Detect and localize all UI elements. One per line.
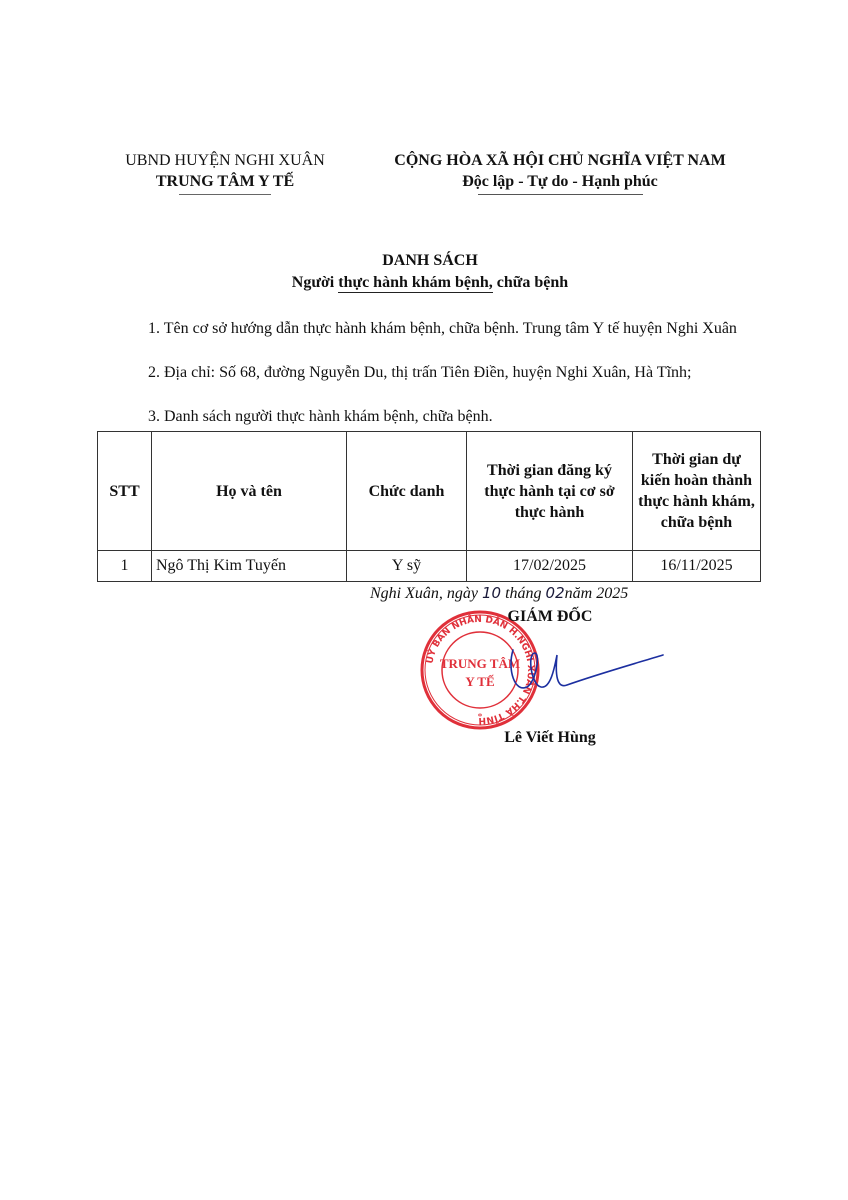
item-list-heading: 3. Danh sách người thực hành khám bệnh, … xyxy=(100,406,755,428)
col-role: Chức danh xyxy=(347,432,467,551)
date-month-handwritten: 02 xyxy=(546,584,565,602)
title-main: DANH SÁCH xyxy=(100,250,760,272)
title-sub-suffix: chữa bệnh xyxy=(493,274,568,291)
col-name: Họ và tên xyxy=(152,432,347,551)
issuer-unit: TRUNG TÂM Y TẾ xyxy=(100,171,350,192)
svg-text:Y TẾ: Y TẾ xyxy=(465,674,494,689)
motto-underline xyxy=(478,194,643,195)
handwritten-signature-icon xyxy=(505,645,665,700)
title-sub-prefix: Người xyxy=(292,274,338,291)
table-row: 1 Ngô Thị Kim Tuyến Y sỹ 17/02/2025 16/1… xyxy=(98,551,761,582)
practitioner-table: STT Họ và tên Chức danh Thời gian đăng k… xyxy=(97,431,761,582)
svg-text:*: * xyxy=(478,712,483,723)
date-month-label: tháng xyxy=(501,585,545,602)
nation-name: CỘNG HÒA XÃ HỘI CHỦ NGHĨA VIỆT NAM xyxy=(360,150,760,171)
cell-stt: 1 xyxy=(98,551,152,582)
item-facility-name: 1. Tên cơ sở hướng dẫn thực hành khám bệ… xyxy=(100,318,755,340)
national-motto: Độc lập - Tự do - Hạnh phúc xyxy=(360,171,760,192)
col-registered: Thời gian đăng ký thực hành tại cơ sở th… xyxy=(467,432,633,551)
national-header: CỘNG HÒA XÃ HỘI CHỦ NGHĨA VIỆT NAM Độc l… xyxy=(360,150,760,195)
cell-role: Y sỹ xyxy=(347,551,467,582)
cell-expected-completion: 16/11/2025 xyxy=(633,551,761,582)
document-title: DANH SÁCH Người thực hành khám bệnh, chữ… xyxy=(100,250,760,294)
title-sub: Người thực hành khám bệnh, chữa bệnh xyxy=(100,272,760,294)
signer-name: Lê Viết Hùng xyxy=(470,727,630,749)
date-day-handwritten: 10 xyxy=(482,584,501,602)
cell-registered: 17/02/2025 xyxy=(467,551,633,582)
date-line: Nghi Xuân, ngày 10 tháng 02năm 2025 xyxy=(370,582,700,605)
item-address: 2. Địa chỉ: Số 68, đường Nguyễn Du, thị … xyxy=(100,362,755,384)
date-year: năm 2025 xyxy=(565,585,629,602)
date-place: Nghi Xuân, ngày xyxy=(370,585,482,602)
table-header-row: STT Họ và tên Chức danh Thời gian đăng k… xyxy=(98,432,761,551)
issuer-block: UBND HUYỆN NGHI XUÂN TRUNG TÂM Y TẾ xyxy=(100,150,350,195)
director-title: GIÁM ĐỐC xyxy=(470,606,630,628)
col-stt: STT xyxy=(98,432,152,551)
title-sub-underlined: thực hành khám bệnh, xyxy=(338,274,493,293)
issuer-agency: UBND HUYỆN NGHI XUÂN xyxy=(100,150,350,171)
issuer-underline xyxy=(179,194,271,195)
col-expected-completion: Thời gian dự kiến hoàn thành thực hành k… xyxy=(633,432,761,551)
cell-name: Ngô Thị Kim Tuyến xyxy=(152,551,347,582)
